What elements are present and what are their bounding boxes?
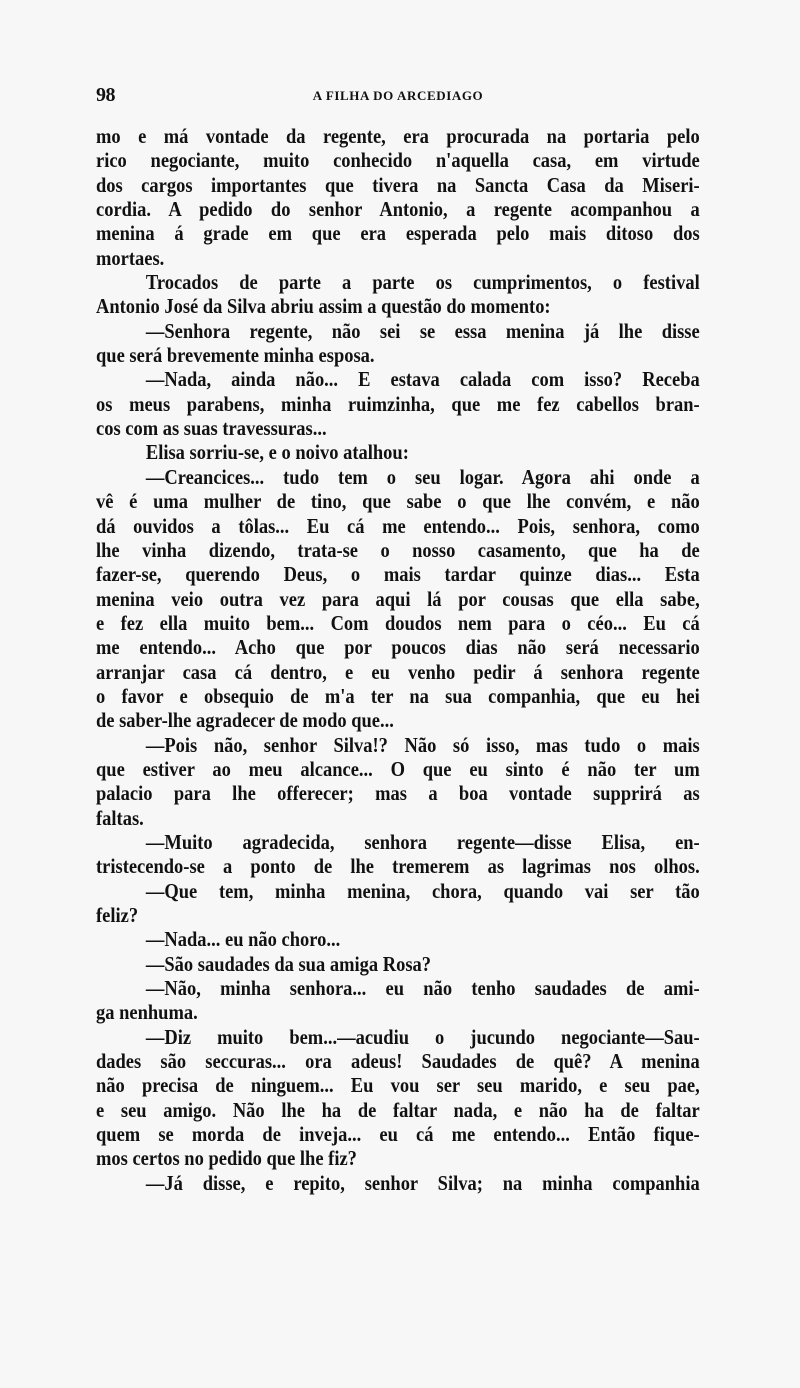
- text-line: e fez ella muito bem... Com doudos nem p…: [96, 611, 700, 635]
- page-header: 98 A FILHA DO ARCEDIAGO: [96, 84, 700, 108]
- text-line: ga nenhuma.: [96, 1000, 700, 1024]
- text-line: não precisa de ninguem... Eu vou ser seu…: [96, 1073, 700, 1097]
- text-line: dos cargos importantes que tivera na San…: [96, 173, 700, 197]
- text-line: vê é uma mulher de tino, que sabe o que …: [96, 489, 700, 513]
- text-line: os meus parabens, minha ruimzinha, que m…: [96, 392, 700, 416]
- text-line: —Senhora regente, não sei se essa menina…: [96, 319, 700, 343]
- text-line: palacio para lhe offerecer; mas a boa vo…: [96, 781, 700, 805]
- text-line: —Pois não, senhor Silva!? Não só isso, m…: [96, 733, 700, 757]
- text-line: —Creancices... tudo tem o seu logar. Ago…: [96, 465, 700, 489]
- text-line: me entendo... Acho que por poucos dias n…: [96, 635, 700, 659]
- text-line: mortaes.: [96, 246, 700, 270]
- text-line: Trocados de parte a parte os cumprimento…: [96, 270, 700, 294]
- text-line: de saber-lhe agradecer de modo que...: [96, 708, 700, 732]
- text-line: que será brevemente minha esposa.: [96, 343, 700, 367]
- text-line: tristecendo-se a ponto de lhe tremerem a…: [96, 854, 700, 878]
- text-line: dá ouvidos a tôlas... Eu cá me entendo..…: [96, 514, 700, 538]
- text-line: que estiver ao meu alcance... O que eu s…: [96, 757, 700, 781]
- text-line: rico negociante, muito conhecido n'aquel…: [96, 148, 700, 172]
- text-line: Elisa sorriu-se, e o noivo atalhou:: [96, 440, 700, 464]
- text-line: —Muito agradecida, senhora regente—disse…: [96, 830, 700, 854]
- text-line: faltas.: [96, 806, 700, 830]
- text-line: lhe vinha dizendo, trata-se o nosso casa…: [96, 538, 700, 562]
- text-line: e seu amigo. Não lhe ha de faltar nada, …: [96, 1098, 700, 1122]
- page-body-text: mo e má vontade da regente, era procurad…: [96, 124, 700, 1195]
- text-line: fazer-se, querendo Deus, o mais tardar q…: [96, 562, 700, 586]
- text-line: cordia. A pedido do senhor Antonio, a re…: [96, 197, 700, 221]
- text-line: —Não, minha senhora... eu não tenho saud…: [96, 976, 700, 1000]
- text-line: Antonio José da Silva abriu assim a ques…: [96, 294, 700, 318]
- text-line: quem se morda de inveja... eu cá me ente…: [96, 1122, 700, 1146]
- running-title: A FILHA DO ARCEDIAGO: [96, 88, 700, 104]
- text-line: —Que tem, minha menina, chora, quando va…: [96, 879, 700, 903]
- text-line: menina veio outra vez para aqui lá por c…: [96, 587, 700, 611]
- text-line: —São saudades da sua amiga Rosa?: [96, 952, 700, 976]
- text-line: menina á grade em que era esperada pelo …: [96, 221, 700, 245]
- text-line: —Já disse, e repito, senhor Silva; na mi…: [96, 1171, 700, 1195]
- text-line: cos com as suas travessuras...: [96, 416, 700, 440]
- text-line: —Nada... eu não choro...: [96, 927, 700, 951]
- text-line: arranjar casa cá dentro, e eu venho pedi…: [96, 660, 700, 684]
- text-line: dades são seccuras... ora adeus! Saudade…: [96, 1049, 700, 1073]
- text-line: mos certos no pedido que lhe fiz?: [96, 1146, 700, 1170]
- text-line: —Nada, ainda não... E estava calada com …: [96, 367, 700, 391]
- text-line: feliz?: [96, 903, 700, 927]
- text-line: mo e má vontade da regente, era procurad…: [96, 124, 700, 148]
- text-line: o favor e obsequio de m'a ter na sua com…: [96, 684, 700, 708]
- text-line: —Diz muito bem...—acudiu o jucundo negoc…: [96, 1025, 700, 1049]
